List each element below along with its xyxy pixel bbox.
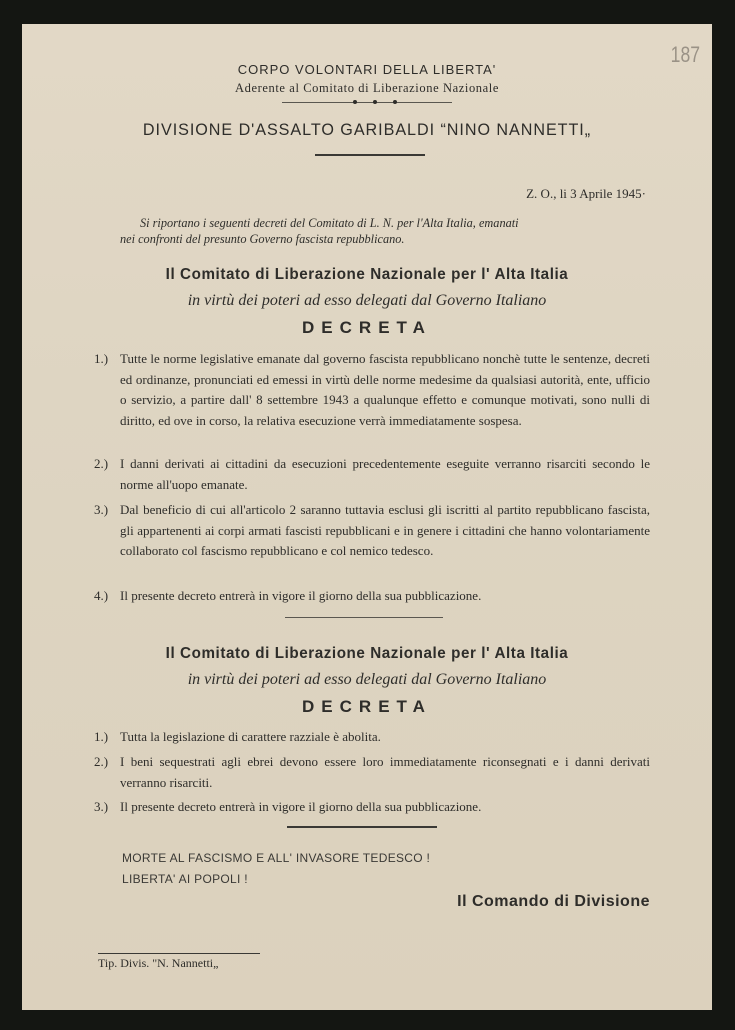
section-divider xyxy=(285,617,443,618)
decree-2-verb: DECRETA xyxy=(22,697,712,717)
ornamental-divider xyxy=(282,102,452,103)
decree-1-article-4: 4.) Il presente decreto entrerà in vigor… xyxy=(94,586,650,607)
article-text: I beni sequestrati agli ebrei devono ess… xyxy=(120,752,650,793)
article-number: 1.) xyxy=(94,727,108,748)
article-number: 3.) xyxy=(94,500,108,521)
signature: Il Comando di Divisione xyxy=(457,893,650,911)
intro-line-1: Si riportano i seguenti decreti del Comi… xyxy=(120,214,650,232)
article-number: 3.) xyxy=(94,797,108,818)
footer-rule xyxy=(98,953,260,954)
decree-2-article-2: 2.) I beni sequestrati agli ebrei devono… xyxy=(94,752,650,793)
decree-1-article-2: 2.) I danni derivati ai cittadini da ese… xyxy=(94,454,650,495)
closing-rule xyxy=(287,826,437,828)
article-number: 2.) xyxy=(94,454,108,475)
article-text: Il presente decreto entrerà in vigore il… xyxy=(120,586,650,607)
decree-1-issuer: Il Comitato di Liberazione Nazionale per… xyxy=(39,266,695,284)
document-title: DIVISIONE D'ASSALTO GARIBALDI “NINO NANN… xyxy=(39,120,695,140)
slogan-2: LIBERTA' AI POPOLI ! xyxy=(122,872,248,886)
divider-dot xyxy=(353,100,357,104)
article-number: 2.) xyxy=(94,752,108,773)
decree-2-article-1: 1.) Tutta la legislazione di carattere r… xyxy=(94,727,650,748)
article-text: Il presente decreto entrerà in vigore il… xyxy=(120,797,650,818)
article-text: Tutte le norme legislative emanate dal g… xyxy=(120,349,650,431)
intro-line-2: nei confronti del presunto Governo fasci… xyxy=(120,232,405,247)
header-organization: CORPO VOLONTARI DELLA LIBERTA' xyxy=(22,62,712,77)
decree-1-article-3: 3.) Dal beneficio di cui all'articolo 2 … xyxy=(94,500,650,562)
decree-2-article-3: 3.) Il presente decreto entrerà in vigor… xyxy=(94,797,650,818)
header-affiliation: Aderente al Comitato di Liberazione Nazi… xyxy=(22,81,712,96)
article-number: 1.) xyxy=(94,349,108,370)
printer-credit: Tip. Divis. "N. Nannetti„ xyxy=(98,956,218,971)
article-text: Tutta la legislazione di carattere razzi… xyxy=(120,727,650,748)
decree-2-issuer: Il Comitato di Liberazione Nazionale per… xyxy=(39,645,695,663)
article-text: Dal beneficio di cui all'articolo 2 sara… xyxy=(120,500,650,562)
decree-1-authority: in virtù dei poteri ad esso delegati dal… xyxy=(22,292,712,310)
divider-dot xyxy=(393,100,397,104)
slogan-1: MORTE AL FASCISMO E ALL' INVASORE TEDESC… xyxy=(122,851,430,865)
title-rule xyxy=(315,154,425,156)
divider-dot xyxy=(373,100,377,104)
decree-2-authority: in virtù dei poteri ad esso delegati dal… xyxy=(22,671,712,689)
decree-1-article-1: 1.) Tutte le norme legislative emanate d… xyxy=(94,349,650,431)
document-date: Z. O., li 3 Aprile 1945· xyxy=(526,186,646,202)
decree-1-verb: DECRETA xyxy=(22,318,712,338)
article-number: 4.) xyxy=(94,586,108,607)
article-text: I danni derivati ai cittadini da esecuzi… xyxy=(120,454,650,495)
document-page: 187 CORPO VOLONTARI DELLA LIBERTA' Adere… xyxy=(22,24,712,1010)
